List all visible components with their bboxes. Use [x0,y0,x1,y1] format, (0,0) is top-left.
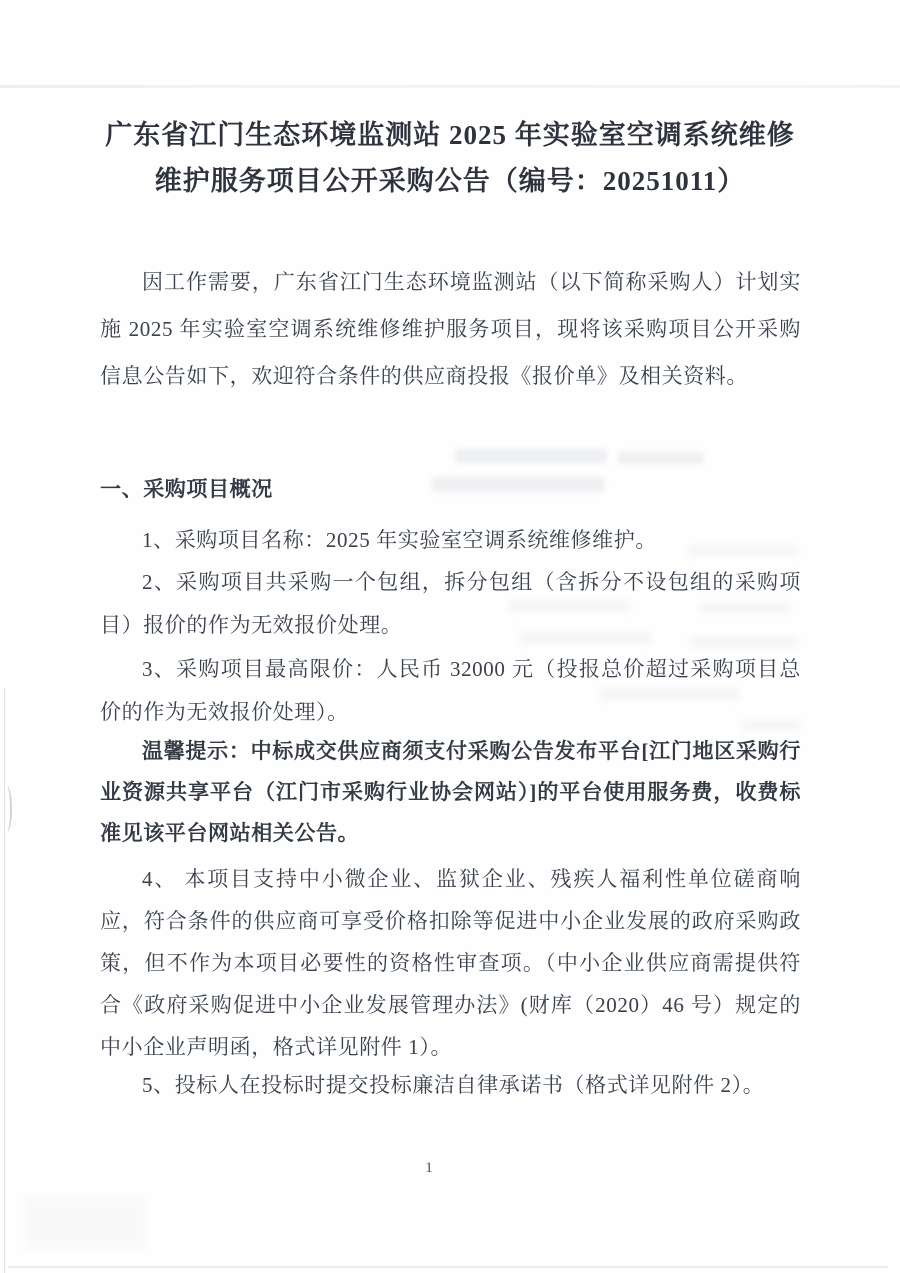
scanned-document-page: 广东省江门生态环境监测站 2025 年实验室空调系统维修 维护服务项目公开采购公… [0,0,900,1273]
notice-paragraph: 温馨提示：中标成交供应商须支付采购公告发布平台[江门地区采购行业资源共享平台（江… [100,731,801,854]
page-curl-mark [2,786,12,832]
document-title: 广东省江门生态环境监测站 2025 年实验室空调系统维修 维护服务项目公开采购公… [50,112,850,204]
scan-line-bottom [8,1266,888,1268]
page-edge-shadow-left [4,688,5,1273]
section1-item-2: 2、采购项目共采购一个包组，拆分包组（含拆分不设包组的采购项目）报价的作为无效报… [100,561,801,647]
page-number: 1 [0,1160,858,1177]
section1-item-5: 5、投标人在投标时提交投标廉洁自律承诺书（格式详见附件 2）。 [100,1064,801,1107]
ghost-showthrough [25,1195,145,1250]
section1-heading: 一、采购项目概况 [100,474,801,504]
scan-line-top [0,85,900,88]
section1-item-3: 3、采购项目最高限价：人民币 32000 元（投报总价超过采购项目总价的作为无效… [100,648,801,734]
section1-item-4: 4、 本项目支持中小微企业、监狱企业、残疾人福利性单位磋商响应，符合条件的供应商… [100,858,801,1068]
intro-paragraph: 因工作需要，广东省江门生态环境监测站（以下简称采购人）计划实施 2025 年实验… [100,259,801,400]
ghost-showthrough [618,452,704,464]
ghost-showthrough [455,449,607,463]
document-title-line2: 维护服务项目公开采购公告（编号：20251011） [155,166,746,196]
section1-item-1: 1、采购项目名称：2025 年实验室空调系统维修维护。 [100,519,801,562]
document-title-line1: 广东省江门生态环境监测站 2025 年实验室空调系统维修 [105,120,795,150]
